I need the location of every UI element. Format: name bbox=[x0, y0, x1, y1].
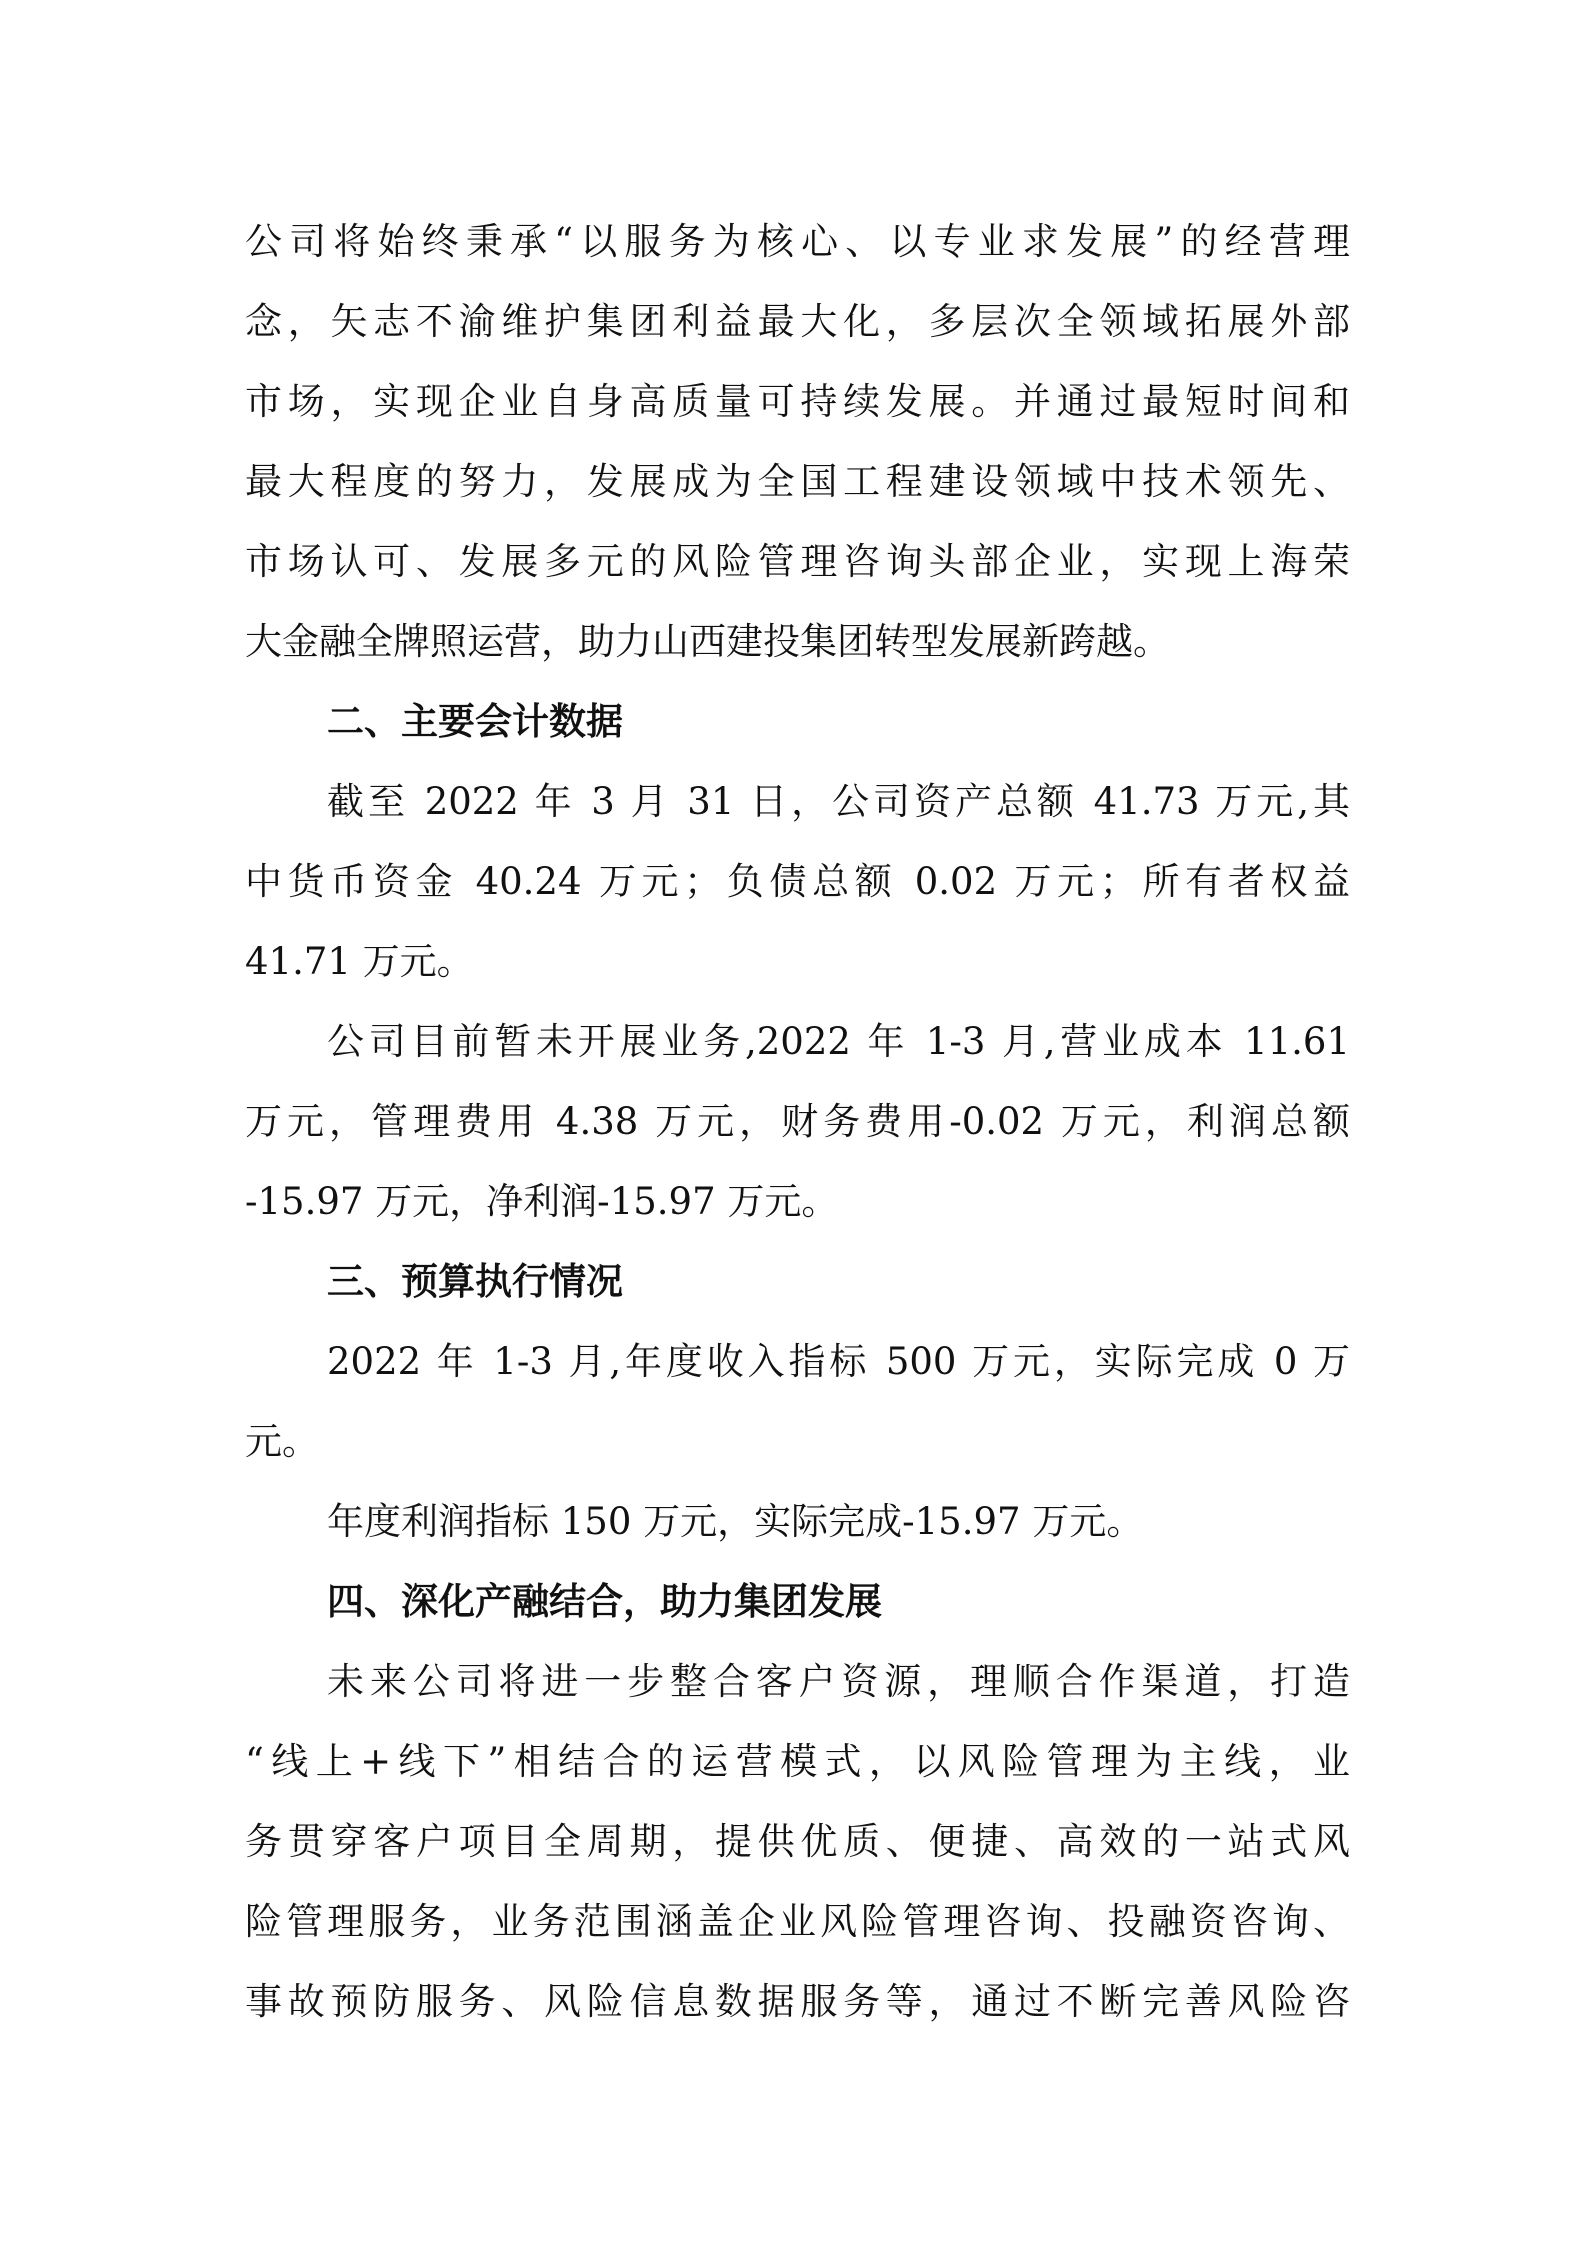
body-line: 市场认可、发展多元的风险管理咨询头部企业，实现上海荣 bbox=[245, 522, 1350, 602]
body-line: 截至 2022 年 3 月 31 日，公司资产总额 41.73 万元,其 bbox=[327, 762, 1350, 842]
body-line: 中货币资金 40.24 万元；负债总额 0.02 万元；所有者权益 bbox=[245, 842, 1350, 922]
section-heading-accounting-data: 二、主要会计数据 bbox=[327, 682, 1350, 762]
body-line: 大金融全牌照运营，助力山西建投集团转型发展新跨越。 bbox=[245, 602, 1350, 682]
body-line: 41.71 万元。 bbox=[245, 922, 1350, 1002]
body-line: 念，矢志不渝维护集团利益最大化，多层次全领域拓展外部 bbox=[245, 282, 1350, 362]
body-line: 公司将始终秉承“以服务为核心、以专业求发展”的经营理 bbox=[245, 202, 1350, 282]
body-line: 事故预防服务、风险信息数据服务等，通过不断完善风险咨 bbox=[245, 1962, 1350, 2042]
body-line: 未来公司将进一步整合客户资源，理顺合作渠道，打造 bbox=[327, 1642, 1350, 1722]
body-line: 2022 年 1-3 月,年度收入指标 500 万元，实际完成 0 万 bbox=[327, 1322, 1350, 1402]
document-page: 公司将始终秉承“以服务为核心、以专业求发展”的经营理 念，矢志不渝维护集团利益最… bbox=[0, 0, 1587, 2245]
section-heading-budget-execution: 三、预算执行情况 bbox=[327, 1242, 1350, 1322]
body-line: “线上+线下”相结合的运营模式，以风险管理为主线，业 bbox=[245, 1722, 1350, 1802]
body-line: 年度利润指标 150 万元，实际完成-15.97 万元。 bbox=[327, 1482, 1350, 1562]
body-line: 元。 bbox=[245, 1402, 1350, 1482]
body-line: 务贯穿客户项目全周期，提供优质、便捷、高效的一站式风 bbox=[245, 1802, 1350, 1882]
body-line: 市场，实现企业自身高质量可持续发展。并通过最短时间和 bbox=[245, 362, 1350, 442]
section-heading-integration: 四、深化产融结合，助力集团发展 bbox=[327, 1562, 1350, 1642]
body-line: 公司目前暂未开展业务,2022 年 1-3 月,营业成本 11.61 bbox=[327, 1002, 1350, 1082]
body-line: -15.97 万元，净利润-15.97 万元。 bbox=[245, 1162, 1350, 1242]
body-line: 最大程度的努力，发展成为全国工程建设领域中技术领先、 bbox=[245, 442, 1350, 522]
body-line: 万元，管理费用 4.38 万元，财务费用-0.02 万元，利润总额 bbox=[245, 1082, 1350, 1162]
body-line: 险管理服务，业务范围涵盖企业风险管理咨询、投融资咨询、 bbox=[245, 1882, 1350, 1962]
